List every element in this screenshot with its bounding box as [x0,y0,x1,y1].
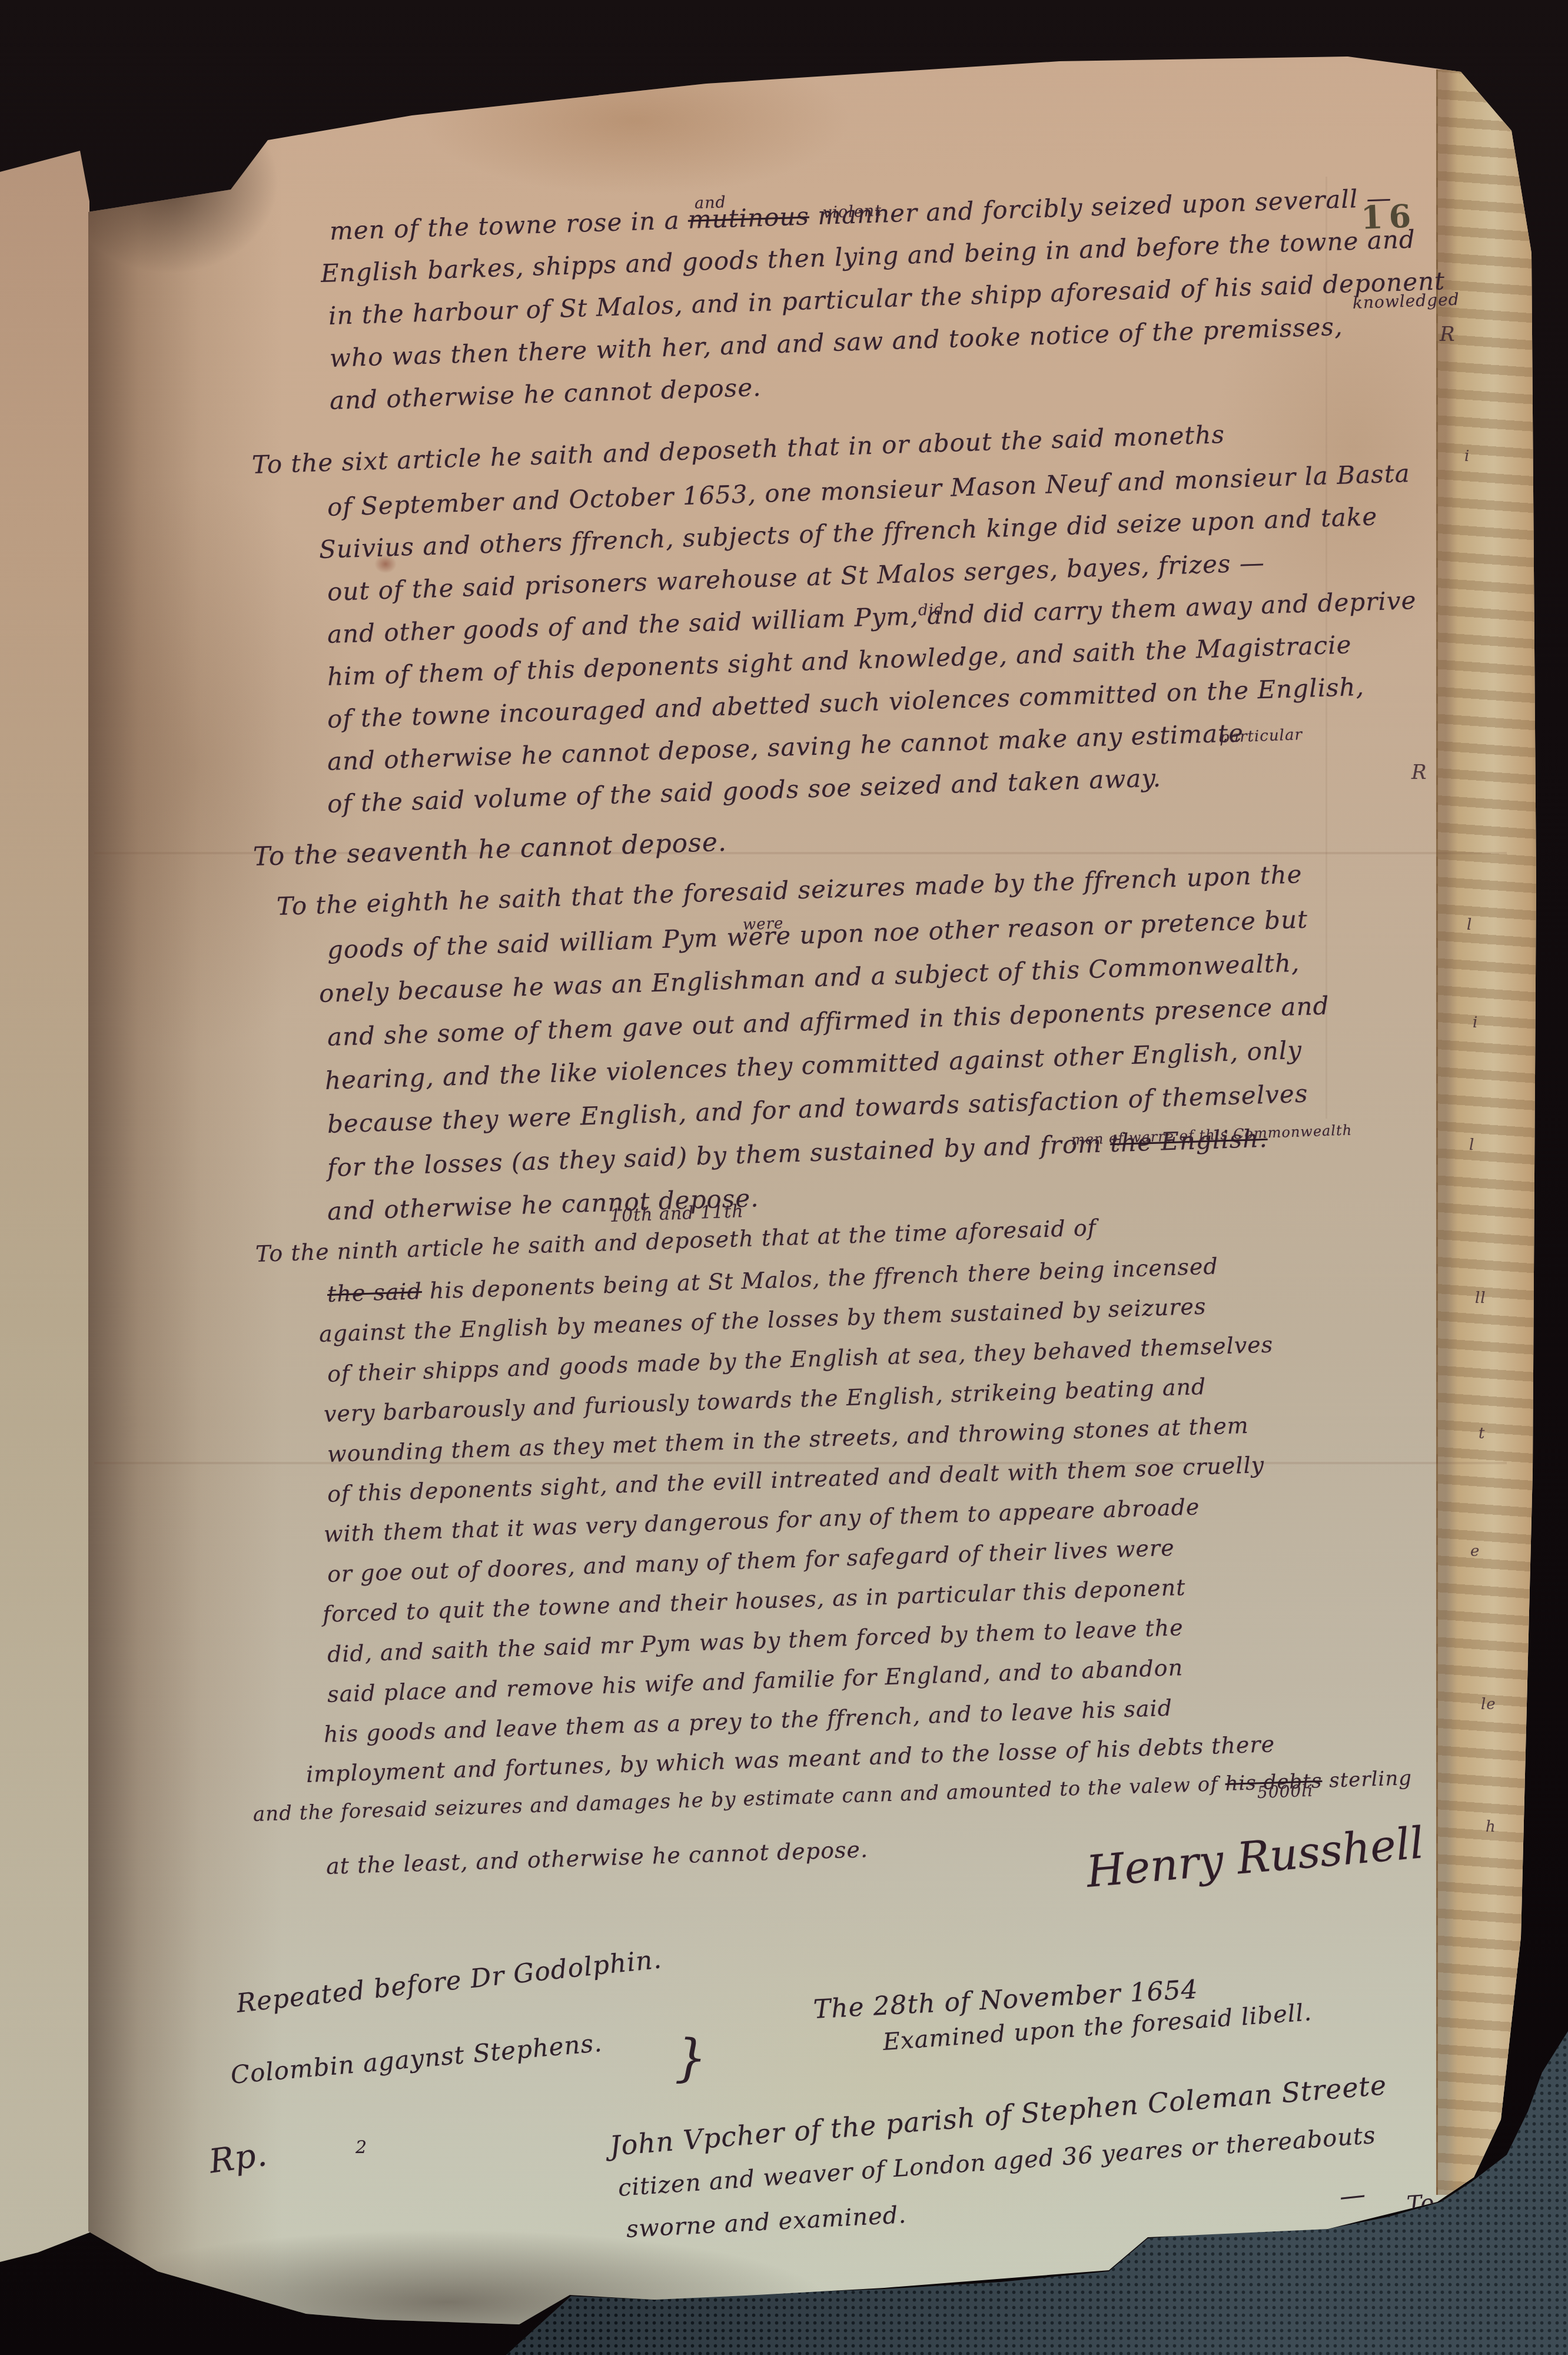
manuscript-page: 16 men of the towne rose in a mutinous m… [0,0,1568,2355]
manuscript-line: To the seaventh he cannot depose. [253,827,727,872]
annotation-line: Rp. [207,2135,270,2181]
margin-mark: t [1479,1425,1485,1442]
margin-mark: h [1486,1818,1496,1836]
interlined-word: particular [1219,726,1303,747]
annotation-line: } [675,2029,707,2088]
annotation-line: Colombin agaynst Stephens. [230,2028,603,2089]
margin-mark: R [1411,761,1427,784]
paper-crease [94,1462,1507,1464]
signature: Henry Russhell [1084,1817,1426,1898]
margin-mark: i [1473,1014,1478,1031]
page-stack-edge [1436,69,1539,2195]
interlined-word: 5000li [1257,1781,1313,1802]
interlined-word: were [742,915,783,934]
annotation-line: — [1338,2179,1367,2211]
margin-mark: le [1481,1696,1496,1713]
interlined-word: violent [822,202,882,222]
margin-mark: R [1440,323,1456,346]
margin-mark: l [1469,1136,1474,1154]
margin-mark: e [1470,1543,1480,1560]
interlined-word: 10th and 11th [609,1201,744,1226]
margin-mark: i [1464,447,1470,465]
interlined-word: did [918,601,945,619]
margin-mark: l [1467,916,1472,934]
photographed-manuscript: ed thisher andlegamenta yearemandlis —en… [0,0,1568,2355]
margin-mark: ll [1475,1289,1486,1307]
manuscript-line: and otherwise he cannot depose. [329,373,762,415]
annotation-line: 2 [356,2137,367,2158]
interlined-word: and [694,193,726,213]
interlined-word: knowledged [1352,290,1460,313]
manuscript-line: at the least, and otherwise he cannot de… [325,1836,868,1879]
annotation-line: Repeated before Dr Godolphin. [235,1944,663,2019]
annotation-line: sworne and examined. [626,2201,907,2243]
